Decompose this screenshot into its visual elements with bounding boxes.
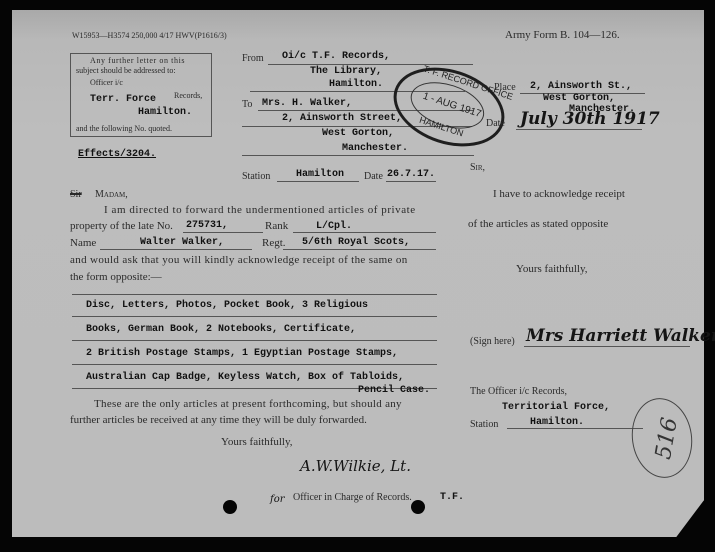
tf-suffix: T.F.	[440, 492, 464, 503]
soldier-number: 275731,	[186, 220, 228, 231]
box-line-2: subject should be addressed to:	[76, 66, 176, 75]
officer-in-charge: Officer in Charge of Records.	[293, 492, 412, 503]
receipt-to-1: The Officer i/c Records,	[470, 386, 567, 397]
for-note: for	[270, 494, 285, 505]
from-label: From	[242, 53, 264, 64]
station-value: Hamilton	[296, 169, 344, 180]
to-label: To	[242, 99, 252, 110]
receipt-station-label: Station	[470, 419, 498, 430]
receipt-date-handwritten: July 30th 1917	[520, 109, 660, 129]
articles-line-2: Books, German Book, 2 Notebooks, Certifi…	[86, 324, 356, 335]
to-line-4: Manchester.	[342, 143, 408, 154]
punch-hole-right	[411, 500, 425, 514]
from-line-1: Oi/c T.F. Records,	[282, 51, 390, 62]
sign-here-label: (Sign here)	[470, 336, 515, 347]
effects-reference: Effects/3204.	[78, 149, 156, 160]
to-line-2: 2, Ainsworth Street,	[282, 113, 402, 124]
body-line-5: the form opposite:—	[70, 271, 162, 283]
body-line-1: I am directed to forward the undermentio…	[104, 204, 416, 216]
form-number: Army Form B. 104—126.	[505, 29, 620, 41]
punch-hole-left	[223, 500, 237, 514]
box-officer: Officer i/c	[90, 78, 123, 87]
box-records: Records,	[174, 91, 202, 100]
body-line-4: and would ask that you will kindly ackno…	[70, 254, 408, 266]
box-typed-terr-force: Terr. Force	[90, 94, 156, 105]
from-line-3: Hamilton.	[329, 79, 383, 90]
recipient-signature: Mrs Harriett Walker	[526, 326, 715, 346]
receipt-to-2: Territorial Force,	[502, 402, 610, 413]
box-line-1: Any further letter on this	[90, 56, 185, 65]
articles-line-4: Australian Cap Badge, Keyless Watch, Box…	[86, 372, 404, 383]
print-code: W15953—H3574 250,000 4/17 HWV(P1616/3)	[72, 31, 227, 40]
salutation: Madam,	[95, 189, 128, 200]
date-label: Date	[364, 171, 383, 182]
articles-line-1: Disc, Letters, Photos, Pocket Book, 3 Re…	[86, 300, 368, 311]
receipt-line-1: I have to acknowledge receipt	[493, 188, 625, 200]
receipt-place-1: 2, Ainsworth St.,	[530, 81, 632, 92]
receipt-station-value: Hamilton.	[530, 417, 584, 428]
receipt-salutation: Sir,	[470, 162, 485, 173]
receipt-line-2: of the articles as stated opposite	[468, 218, 608, 230]
rank-value: L/Cpl.	[316, 221, 352, 232]
officer-signature: A.W.Wilkie, Lt.	[300, 457, 411, 475]
regiment-value: 5/6th Royal Scots,	[302, 237, 410, 248]
box-footer: and the following No. quoted.	[76, 124, 172, 133]
closing-line-1: These are the only articles at present f…	[94, 398, 402, 410]
from-line-2: The Library,	[310, 66, 382, 77]
articles-line-5: Pencil Case.	[358, 385, 430, 396]
articles-line-3: 2 British Postage Stamps, 1 Egyptian Pos…	[86, 348, 398, 359]
rank-label: Rank	[265, 220, 288, 232]
closing-yours-faithfully: Yours faithfully,	[221, 436, 293, 448]
station-label: Station	[242, 171, 270, 182]
closing-line-2: further articles be received at any time…	[70, 414, 367, 426]
receipt-date-label: Date	[486, 118, 505, 129]
receipt-place-label: Place	[494, 82, 516, 93]
salutation-struck: Sir	[70, 189, 82, 200]
box-typed-hamilton: Hamilton.	[138, 107, 192, 118]
receipt-yours-faithfully: Yours faithfully,	[516, 263, 588, 275]
to-line-3: West Gorton,	[322, 128, 394, 139]
regt-label: Regt.	[262, 237, 286, 249]
to-line-1: Mrs. H. Walker,	[262, 98, 352, 109]
body-line-2-prefix: property of the late No.	[70, 220, 173, 232]
receipt-place-2: West Gorton,	[543, 93, 615, 104]
date-value: 26.7.17.	[387, 169, 435, 180]
name-label: Name	[70, 237, 96, 249]
soldier-name: Walter Walker,	[140, 237, 224, 248]
